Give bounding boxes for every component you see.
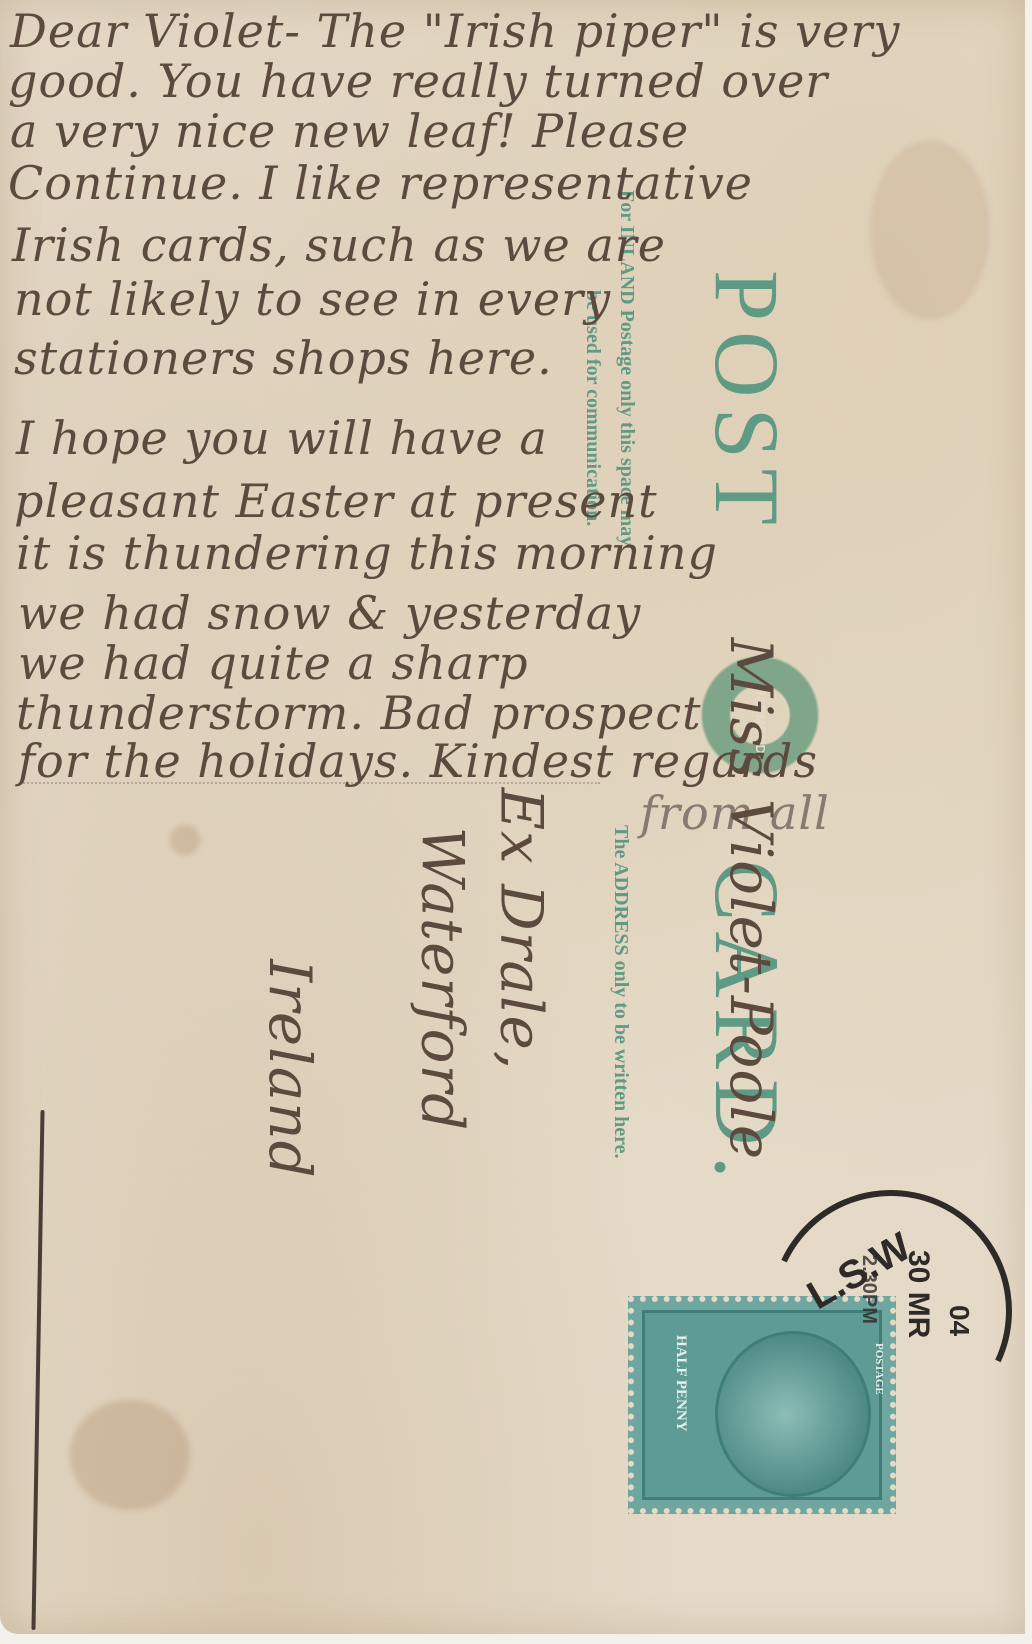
post-heading: POST [694,270,800,535]
address-underline [31,1110,44,1630]
message-line: for the holidays. Kindest regards [18,738,818,784]
message-line: it is thundering this morning [16,530,718,576]
water-stain [870,140,990,320]
message-line: Dear Violet- The "Irish piper" is very [10,8,900,54]
address-line: Ex Drale, [492,788,550,1071]
postmark-time: 2.30PM [857,1255,880,1324]
water-stain [70,1400,190,1510]
postcard-back: POST CARD. For INLAND Postage only this … [0,0,1025,1634]
address-line: Waterford [413,827,471,1132]
postmark-year: 04 [943,1305,975,1336]
postmark-date: 30 MR [901,1250,935,1338]
address-instruction: The ADDRESS only to be written here. [609,825,632,1159]
message-line: Irish cards, such as we are [12,222,666,268]
ink-stain [170,825,200,855]
message-line: a very nice new leaf! Please [10,108,689,154]
message-line: pleasant Easter at present [14,478,658,524]
stamp-value-label: HALF PENNY [672,1335,689,1432]
message-line: good. You have really turned over [8,58,828,104]
message-line: thunderstorm. Bad prospect [16,690,702,736]
message-line: Continue. I like representative [8,160,753,206]
message-line: we had snow & yesterday [18,590,641,636]
message-line: not likely to see in every [14,276,611,322]
message-line: we had quite a sharp [18,640,529,686]
address-line: Ireland [261,959,319,1179]
message-line: I hope you will have a [16,415,548,461]
address-line: Miss Violet-Poole [722,638,780,1160]
message-line: stationers shops here. [14,335,553,381]
